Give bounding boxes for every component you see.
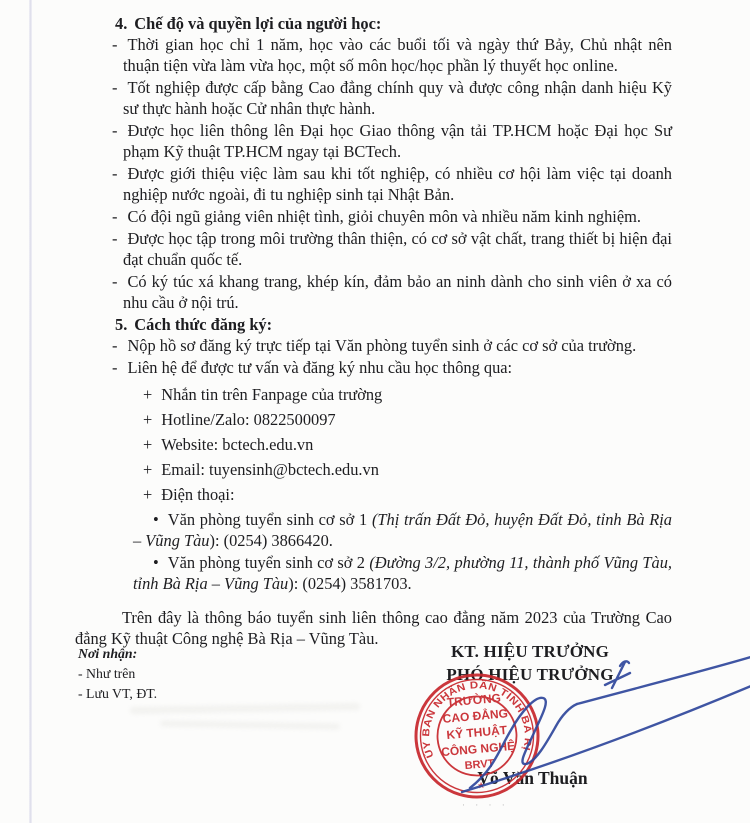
contact-item-text: Hotline/Zalo: 0822500097 <box>161 410 335 429</box>
dash-marker: - <box>112 78 117 97</box>
contact-channels-list: +Nhắn tin trên Fanpage của trường +Hotli… <box>75 384 672 505</box>
list-item-text: Nộp hồ sơ đăng ký trực tiếp tại Văn phòn… <box>127 336 636 355</box>
list-item-text: Có ký túc xá khang trang, khép kín, đảm … <box>123 272 672 312</box>
dash-marker: - <box>112 229 117 248</box>
bullet-marker: • <box>153 553 159 572</box>
section-number: 5. <box>115 315 127 334</box>
scan-artifact-dots: · · · · <box>462 800 509 810</box>
contact-item-phone: +Điện thoại: <box>143 484 672 505</box>
dash-marker: - <box>112 121 117 140</box>
list-item-text: Có đội ngũ giảng viên nhiệt tình, giỏi c… <box>127 207 641 226</box>
document-page: 4.Chế độ và quyền lợi của người học: -Th… <box>0 0 750 823</box>
list-item: -Nộp hồ sơ đăng ký trực tiếp tại Văn phò… <box>123 335 672 356</box>
office-phone: ): (0254) 3866420. <box>210 531 333 550</box>
list-item-text: Được học liên thông lên Đại học Giao thô… <box>123 121 672 161</box>
stamp-star-icon: ★ <box>477 780 486 791</box>
list-item: -Liên hệ để được tư vấn và đăng ký nhu c… <box>123 357 672 378</box>
dash-marker: - <box>112 164 117 183</box>
contact-item-text: Nhắn tin trên Fanpage của trường <box>161 385 382 404</box>
dash-marker: - <box>112 207 117 226</box>
list-item-text: Được học tập trong môi trường thân thiện… <box>123 229 672 269</box>
list-item: -Tốt nghiệp được cấp bằng Cao đẳng chính… <box>123 77 672 119</box>
section-title: Cách thức đăng ký: <box>134 315 272 334</box>
stamp-center-line: BRVT <box>464 758 495 773</box>
plus-marker: + <box>143 410 152 429</box>
dash-marker: - <box>112 35 117 54</box>
section-5-heading: 5.Cách thức đăng ký: <box>115 314 672 335</box>
document-body: 4.Chế độ và quyền lợi của người học: -Th… <box>75 13 672 649</box>
list-item: -Được học liên thông lên Đại học Giao th… <box>123 120 672 162</box>
list-item-text: Tốt nghiệp được cấp bằng Cao đẳng chính … <box>123 78 672 118</box>
plus-marker: + <box>143 385 152 404</box>
plus-marker: + <box>143 485 152 504</box>
section-number: 4. <box>115 14 127 33</box>
office-phone: ): (0254) 3581703. <box>288 574 411 593</box>
contact-item-website: +Website: bctech.edu.vn <box>143 434 672 455</box>
recipient-item: - Lưu VT, ĐT. <box>78 684 157 704</box>
recipient-item: - Như trên <box>78 664 157 684</box>
list-item-text: Được giới thiệu việc làm sau khi tốt ngh… <box>123 164 672 204</box>
list-item: -Có ký túc xá khang trang, khép kín, đảm… <box>123 271 672 313</box>
recipients-block: Nơi nhận: - Như trên - Lưu VT, ĐT. <box>78 644 157 704</box>
contact-item-text: Điện thoại: <box>161 485 234 504</box>
dash-marker: - <box>112 358 117 377</box>
office-prefix: Văn phòng tuyển sinh cơ sở 1 <box>168 510 372 529</box>
page-fold-line <box>29 0 32 823</box>
dash-marker: - <box>112 272 117 291</box>
list-item: -Được giới thiệu việc làm sau khi tốt ng… <box>123 163 672 205</box>
contact-item-text: Email: tuyensinh@bctech.edu.vn <box>161 460 379 479</box>
list-item: -Được học tập trong môi trường thân thiệ… <box>123 228 672 270</box>
bleed-through-artifact <box>160 720 340 729</box>
list-item: -Thời gian học chỉ 1 năm, học vào các bu… <box>123 34 672 76</box>
section-title: Chế độ và quyền lợi của người học: <box>134 14 381 33</box>
contact-item-text: Website: bctech.edu.vn <box>161 435 313 454</box>
bullet-marker: • <box>153 510 159 529</box>
list-item-text: Liên hệ để được tư vấn và đăng ký nhu cầ… <box>127 358 512 377</box>
plus-marker: + <box>143 460 152 479</box>
section-4-heading: 4.Chế độ và quyền lợi của người học: <box>115 13 672 34</box>
stamp-center-line: KỸ THUẬT <box>446 722 508 742</box>
office-item: •Văn phòng tuyển sinh cơ sở 1 (Thị trấn … <box>133 509 672 551</box>
office-prefix: Văn phòng tuyển sinh cơ sở 2 <box>168 553 370 572</box>
bleed-through-artifact <box>130 703 360 714</box>
office-item: •Văn phòng tuyển sinh cơ sở 2 (Đường 3/2… <box>133 552 672 594</box>
contact-item-fanpage: +Nhắn tin trên Fanpage của trường <box>143 384 672 405</box>
official-stamp: ỦY BAN NHÂN DÂN TỈNH BÀ RỊA - VŨNG TÀU T… <box>400 659 554 817</box>
plus-marker: + <box>143 435 152 454</box>
dash-marker: - <box>112 336 117 355</box>
list-item: -Có đội ngũ giảng viên nhiệt tình, giỏi … <box>123 206 672 227</box>
contact-item-hotline: +Hotline/Zalo: 0822500097 <box>143 409 672 430</box>
recipients-label: Nơi nhận: <box>78 644 157 664</box>
list-item-text: Thời gian học chỉ 1 năm, học vào các buổ… <box>123 35 672 75</box>
contact-item-email: +Email: tuyensinh@bctech.edu.vn <box>143 459 672 480</box>
